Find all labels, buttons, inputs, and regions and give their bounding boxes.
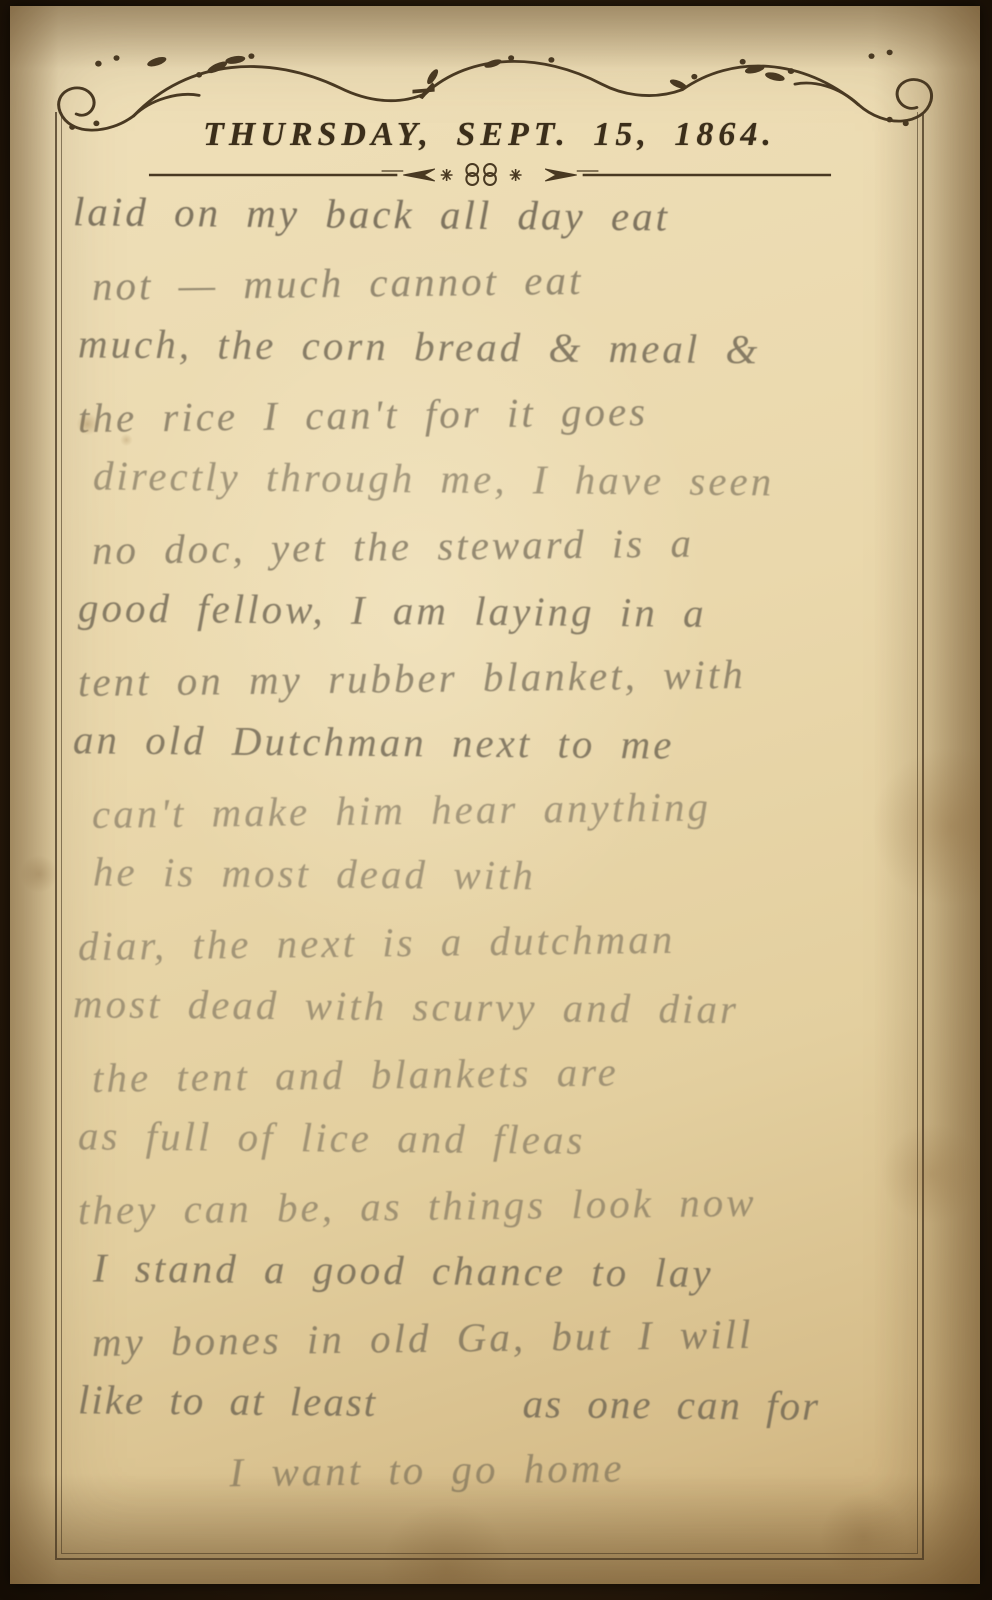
diary-line: my bones in old Ga, but I will (78, 1301, 920, 1377)
diary-line: directly through me, I have seen (73, 444, 920, 517)
diary-line: an old Dutchman next to me (73, 708, 920, 781)
diary-line: I want to go home (78, 1433, 920, 1509)
diary-line: not — much cannot eat (78, 245, 920, 321)
printed-border-frame: THURSDAY, SEPT. 15, 1864. (55, 112, 924, 1560)
diary-line: can't make him hear anything (78, 773, 920, 849)
diary-line: like to at least as one can for (73, 1368, 920, 1441)
diary-line: they can be, as things look now (78, 1169, 920, 1245)
diary-line: tent on my rubber blanket, with (78, 641, 920, 717)
diary-text: laid on my back all day eatnot — much ca… (73, 184, 920, 1552)
diary-page-photo: THURSDAY, SEPT. 15, 1864. (0, 0, 992, 1600)
diary-line: as full of lice and fleas (73, 1104, 920, 1177)
diary-line: he is most dead with (73, 840, 920, 913)
diary-line: the rice I can't for it goes (78, 377, 920, 453)
diary-paper: THURSDAY, SEPT. 15, 1864. (10, 6, 980, 1584)
vine-scroll-flourish-icon (38, 30, 944, 142)
diary-line: the tent and blankets are (78, 1037, 920, 1113)
diary-line: I stand a good chance to lay (73, 1236, 920, 1309)
diary-line: no doc, yet the steward is a (78, 509, 920, 585)
diary-line: much, the corn bread & meal & (73, 312, 920, 385)
diary-line: diar, the next is a dutchman (78, 905, 920, 981)
diary-line: laid on my back all day eat (73, 184, 920, 254)
diary-line: most dead with scurvy and diar (73, 972, 920, 1045)
diary-line: good fellow, I am laying in a (73, 576, 920, 649)
